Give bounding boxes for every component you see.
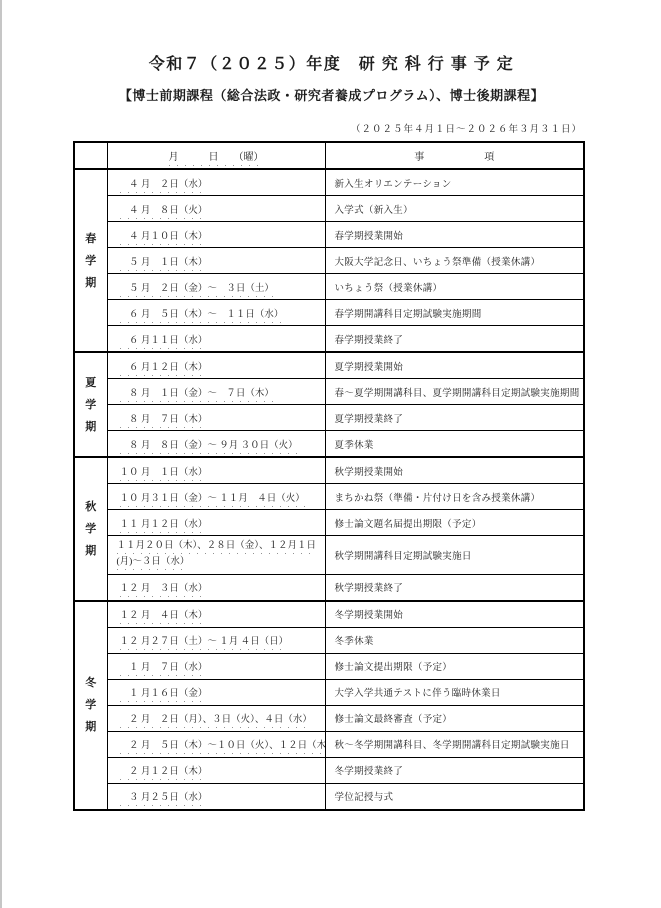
date-cell: ５ 月 １日（木） bbox=[107, 248, 325, 274]
schedule-row: ５ 月 １日（木）大阪大学記念日、いちょう祭準備（授業休講） bbox=[74, 248, 584, 274]
date-text: ６ 月１２日（木） bbox=[120, 363, 208, 376]
event-text: 冬季休業 bbox=[335, 637, 374, 647]
event-cell: いちょう祭（授業休講） bbox=[325, 274, 584, 300]
schedule-row: １ 月１６日（金）大学入学共通テストに伴う臨時休業日 bbox=[74, 679, 584, 705]
schedule-table: 月 日 （曜） 事 項 春学期 ４ 月 ２日（水）新入生オリエンテーション ４ … bbox=[73, 141, 585, 810]
date-text: １１月２０日（木）、２８日（金）、１２月１日(月)～３日（水） bbox=[117, 541, 317, 570]
date-text: １０ 月３１日（金）～ １１月 ４日（火） bbox=[120, 494, 305, 507]
event-text: 春学期開講科目定期試験実施期間 bbox=[335, 310, 482, 320]
schedule-row: 夏学期 ６ 月１２日（木）夏学期授業開始 bbox=[74, 352, 584, 379]
date-cell: ４ 月 ２日（水） bbox=[107, 169, 325, 196]
event-cell: 修士論文提出期限（予定） bbox=[325, 653, 584, 679]
schedule-row: ６ 月 ５日（木）～ １１日（水）春学期開講科目定期試験実施期間 bbox=[74, 300, 584, 326]
date-cell: ６ 月１１日（水） bbox=[107, 326, 325, 353]
event-text: 修士論文最終審査（予定） bbox=[335, 715, 453, 725]
schedule-row: ８ 月 ７日（木）夏学期授業終了 bbox=[74, 405, 584, 431]
event-text: 夏学期授業開始 bbox=[335, 363, 404, 373]
date-text: ８ 月 ８日（金）～ ９月 ３０日（火） bbox=[120, 441, 298, 454]
schedule-row: ２ 月１２日（木）冬学期授業終了 bbox=[74, 757, 584, 783]
event-text: 春学期授業終了 bbox=[335, 336, 404, 346]
schedule-row: ４ 月１０日（木）春学期授業開始 bbox=[74, 222, 584, 248]
date-cell: ８ 月 ７日（木） bbox=[107, 405, 325, 431]
event-cell: 新入生オリエンテーション bbox=[325, 169, 584, 196]
event-text: 入学式（新入生） bbox=[335, 206, 413, 216]
date-text: ８ 月 ７日（木） bbox=[120, 415, 208, 428]
schedule-row: ６ 月１１日（水）春学期授業終了 bbox=[74, 326, 584, 353]
event-cell: 夏学期授業終了 bbox=[325, 405, 584, 431]
date-text: １ 月 ７日（水） bbox=[120, 663, 208, 676]
schedule-row: 冬学期１２ 月 ４日（木）冬学期授業開始 bbox=[74, 601, 584, 628]
event-cell: 冬学期授業開始 bbox=[325, 601, 584, 628]
date-cell: １０ 月３１日（金）～ １１月 ４日（火） bbox=[107, 484, 325, 510]
event-text: 新入生オリエンテーション bbox=[335, 180, 452, 190]
document-page: 令和７（２０２５）年度 研 究 科 行 事 予 定 【博士前期課程（総合法政・研… bbox=[0, 0, 661, 908]
date-cell: １２ 月 ４日（木） bbox=[107, 601, 325, 628]
event-column-header: 事 項 bbox=[325, 142, 584, 169]
event-cell: 修士論文題名届提出期限（予定） bbox=[325, 510, 584, 536]
date-text: １２ 月 ３日（水） bbox=[120, 584, 208, 597]
semester-label-cell: 秋学期 bbox=[74, 457, 107, 600]
semester-label-cell: 冬学期 bbox=[74, 601, 107, 810]
event-cell: 夏学期授業開始 bbox=[325, 352, 584, 379]
event-text: 学位記授与式 bbox=[335, 793, 394, 803]
event-cell: 秋学期授業終了 bbox=[325, 574, 584, 601]
date-cell: ４ 月１０日（木） bbox=[107, 222, 325, 248]
event-cell: 冬季休業 bbox=[325, 627, 584, 653]
date-cell: １２ 月２７日（土）～ １月 ４日（日） bbox=[107, 627, 325, 653]
event-cell: 春学期授業終了 bbox=[325, 326, 584, 353]
event-cell: 春学期開講科目定期試験実施期間 bbox=[325, 300, 584, 326]
event-cell: 秋学期開講科目定期試験実施日 bbox=[325, 536, 584, 574]
date-text: １１ 月１２日（水） bbox=[120, 520, 208, 533]
event-text: 修士論文題名届提出期限（予定） bbox=[335, 520, 482, 530]
date-text: ５ 月 ２日（金）～ ３日（土） bbox=[120, 284, 274, 297]
date-cell: １ 月 ７日（水） bbox=[107, 653, 325, 679]
date-text: ８ 月 １日（金）～ ７日（木） bbox=[120, 389, 274, 402]
event-text: 大学入学共通テストに伴う臨時休業日 bbox=[335, 689, 501, 699]
event-text: 秋学期開講科目定期試験実施日 bbox=[335, 552, 472, 562]
date-cell: １ 月１６日（金） bbox=[107, 679, 325, 705]
schedule-row: ３ 月２５日（水）学位記授与式 bbox=[74, 783, 584, 810]
page-title: 令和７（２０２５）年度 研 究 科 行 事 予 定 bbox=[2, 0, 661, 74]
schedule-row: １１ 月１２日（水）修士論文題名届提出期限（予定） bbox=[74, 510, 584, 536]
event-cell: 修士論文最終審査（予定） bbox=[325, 705, 584, 731]
event-cell: 秋～冬学期開講科目、冬学期開講科目定期試験実施日 bbox=[325, 731, 584, 757]
event-text: 秋～冬学期開講科目、冬学期開講科目定期試験実施日 bbox=[335, 741, 570, 751]
period-note: （２０２５年４月１日～２０２６年３月３１日） bbox=[73, 121, 582, 135]
schedule-body: 春学期 ４ 月 ２日（水）新入生オリエンテーション ４ 月 ８日（火）入学式（新… bbox=[74, 169, 584, 809]
date-cell: ４ 月 ８日（火） bbox=[107, 196, 325, 222]
event-text: 冬学期授業開始 bbox=[335, 611, 404, 621]
date-cell: ２ 月１２日（木） bbox=[107, 757, 325, 783]
semester-label-text: 夏学期 bbox=[85, 372, 96, 438]
event-cell: 夏季休業 bbox=[325, 431, 584, 458]
schedule-row: ２ 月 ２日（月）、３日（火）、４日（水）修士論文最終審査（予定） bbox=[74, 705, 584, 731]
semester-label-text: 秋学期 bbox=[85, 496, 96, 562]
date-cell: ２ 月 ２日（月）、３日（火）、４日（水） bbox=[107, 705, 325, 731]
event-text: 春学期授業開始 bbox=[335, 232, 404, 242]
date-text: ４ 月 ８日（火） bbox=[120, 206, 208, 219]
date-cell: １１月２０日（木）、２８日（金）、１２月１日(月)～３日（水） bbox=[107, 536, 325, 574]
corner-cell bbox=[74, 142, 107, 169]
semester-label-cell: 夏学期 bbox=[74, 352, 107, 457]
schedule-row: ４ 月 ８日（火）入学式（新入生） bbox=[74, 196, 584, 222]
date-text: ２ 月 ５日（木）～１０日（火）、１２日（木） bbox=[120, 741, 326, 754]
schedule-row: ２ 月 ５日（木）～１０日（火）、１２日（木）秋～冬学期開講科目、冬学期開講科目… bbox=[74, 731, 584, 757]
schedule-header-row: 月 日 （曜） 事 項 bbox=[74, 142, 584, 169]
date-cell: ３ 月２５日（水） bbox=[107, 783, 325, 810]
date-cell: １１ 月１２日（水） bbox=[107, 510, 325, 536]
date-text: １０ 月 １日（水） bbox=[120, 468, 208, 481]
date-text: ３ 月２５日（水） bbox=[120, 793, 208, 806]
event-text: 春～夏学期開講科目、夏学期開講科目定期試験実施期間 bbox=[335, 389, 580, 399]
event-text: 夏季休業 bbox=[335, 441, 374, 451]
event-text: 夏学期授業終了 bbox=[335, 415, 404, 425]
event-cell: 大阪大学記念日、いちょう祭準備（授業休講） bbox=[325, 248, 584, 274]
date-cell: １２ 月 ３日（水） bbox=[107, 574, 325, 601]
schedule-row: １ 月 ７日（水）修士論文提出期限（予定） bbox=[74, 653, 584, 679]
event-cell: まちかね祭（準備・片付け日を含み授業休講） bbox=[325, 484, 584, 510]
schedule-row: １１月２０日（木）、２８日（金）、１２月１日(月)～３日（水）秋学期開講科目定期… bbox=[74, 536, 584, 574]
date-cell: ６ 月１２日（木） bbox=[107, 352, 325, 379]
event-cell: 冬学期授業終了 bbox=[325, 757, 584, 783]
event-cell: 秋学期授業開始 bbox=[325, 457, 584, 484]
semester-label-text: 春学期 bbox=[85, 228, 96, 294]
date-text: ４ 月 ２日（水） bbox=[120, 180, 208, 193]
schedule-row: １０ 月３１日（金）～ １１月 ４日（火）まちかね祭（準備・片付け日を含み授業休… bbox=[74, 484, 584, 510]
schedule-row: ５ 月 ２日（金）～ ３日（土）いちょう祭（授業休講） bbox=[74, 274, 584, 300]
date-cell: １０ 月 １日（水） bbox=[107, 457, 325, 484]
schedule-row: １２ 月 ３日（水）秋学期授業終了 bbox=[74, 574, 584, 601]
date-cell: ２ 月 ５日（木）～１０日（火）、１２日（木） bbox=[107, 731, 325, 757]
event-cell: 学位記授与式 bbox=[325, 783, 584, 810]
event-cell: 春～夏学期開講科目、夏学期開講科目定期試験実施期間 bbox=[325, 379, 584, 405]
schedule-row: ８ 月 ８日（金）～ ９月 ３０日（火）夏季休業 bbox=[74, 431, 584, 458]
event-text: まちかね祭（準備・片付け日を含み授業休講） bbox=[335, 494, 541, 504]
date-text: ２ 月 ２日（月）、３日（火）、４日（水） bbox=[120, 715, 312, 728]
date-cell: ８ 月 ８日（金）～ ９月 ３０日（火） bbox=[107, 431, 325, 458]
event-text: 秋学期授業開始 bbox=[335, 468, 404, 478]
event-text: いちょう祭（授業休講） bbox=[335, 284, 443, 294]
event-cell: 入学式（新入生） bbox=[325, 196, 584, 222]
event-text: 大阪大学記念日、いちょう祭準備（授業休講） bbox=[335, 258, 541, 268]
date-text: １ 月１６日（金） bbox=[120, 689, 208, 702]
date-text: ６ 月 ５日（木）～ １１日（水） bbox=[120, 310, 284, 323]
date-column-header: 月 日 （曜） bbox=[107, 142, 325, 169]
date-text: ２ 月１２日（木） bbox=[120, 767, 208, 780]
date-text: ４ 月１０日（木） bbox=[120, 232, 208, 245]
date-text: ６ 月１１日（水） bbox=[120, 336, 208, 349]
semester-label-cell: 春学期 bbox=[74, 169, 107, 352]
date-text: １２ 月２７日（土）～ １月 ４日（日） bbox=[120, 637, 289, 650]
schedule-row: 秋学期１０ 月 １日（水）秋学期授業開始 bbox=[74, 457, 584, 484]
event-text: 修士論文提出期限（予定） bbox=[335, 663, 453, 673]
event-text: 冬学期授業終了 bbox=[335, 767, 404, 777]
event-cell: 春学期授業開始 bbox=[325, 222, 584, 248]
date-column-header-text: 月 日 （曜） bbox=[169, 152, 264, 166]
semester-label-text: 冬学期 bbox=[85, 672, 96, 738]
date-cell: ８ 月 １日（金）～ ７日（木） bbox=[107, 379, 325, 405]
schedule-row: 春学期 ４ 月 ２日（水）新入生オリエンテーション bbox=[74, 169, 584, 196]
schedule-row: １２ 月２７日（土）～ １月 ４日（日）冬季休業 bbox=[74, 627, 584, 653]
date-text: １２ 月 ４日（木） bbox=[120, 611, 208, 624]
event-cell: 大学入学共通テストに伴う臨時休業日 bbox=[325, 679, 584, 705]
date-cell: ６ 月 ５日（木）～ １１日（水） bbox=[107, 300, 325, 326]
page-subtitle: 【博士前期課程（総合法政・研究者養成プログラム）、博士後期課程】 bbox=[2, 85, 661, 104]
schedule-row: ８ 月 １日（金）～ ７日（木）春～夏学期開講科目、夏学期開講科目定期試験実施期… bbox=[74, 379, 584, 405]
date-cell: ５ 月 ２日（金）～ ３日（土） bbox=[107, 274, 325, 300]
date-text: ５ 月 １日（木） bbox=[120, 258, 208, 271]
event-text: 秋学期授業終了 bbox=[335, 584, 404, 594]
